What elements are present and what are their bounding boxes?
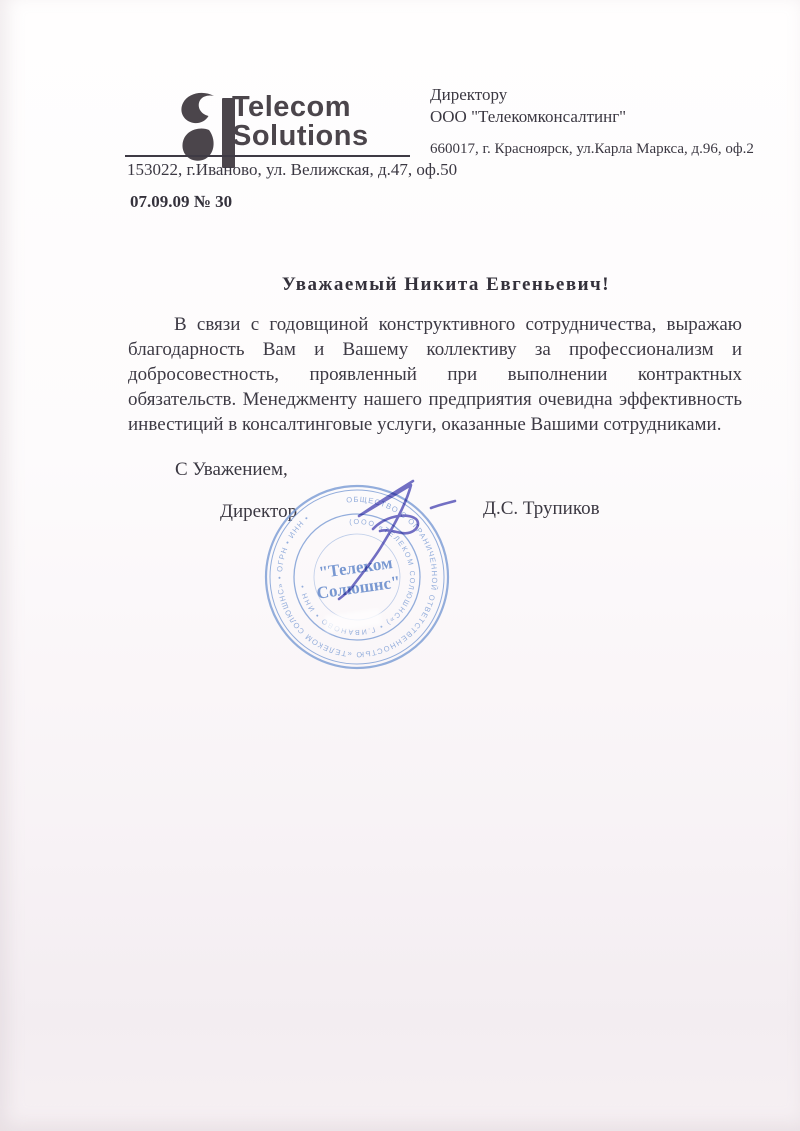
brand-line-telecom: Telecom (232, 93, 369, 122)
recipient-address: 660017, г. Красноярск, ул.Карла Маркса, … (430, 141, 754, 158)
signer-name: Д.С. Трупиков (483, 498, 600, 520)
brand-line-solutions: Solutions (232, 122, 369, 151)
scanned-letter-page: Telecom Solutions 153022, г.Иваново, ул.… (0, 0, 800, 1131)
brand-wordmark: Telecom Solutions (232, 93, 369, 151)
ref-number-line: 07.09.09 № 30 (130, 192, 232, 212)
salutation: Уважаемый Никита Евгеньевич! (140, 274, 752, 296)
director-signature (315, 463, 475, 603)
signature-dash-stroke (431, 501, 455, 508)
letter-body: В связи с годовщиной конструктивного сот… (128, 312, 742, 437)
signature-main-stroke (339, 481, 413, 599)
sender-address: 153022, г.Иваново, ул. Велижская, д.47, … (127, 160, 457, 180)
recipient-company: ООО "Телекомконсалтинг" (430, 106, 626, 128)
recipient-title: Директору (430, 84, 626, 106)
letterhead-divider (125, 155, 410, 157)
recipient-block: Директору ООО "Телекомконсалтинг" (430, 84, 626, 128)
closing-regards: С Уважением, (175, 459, 288, 481)
